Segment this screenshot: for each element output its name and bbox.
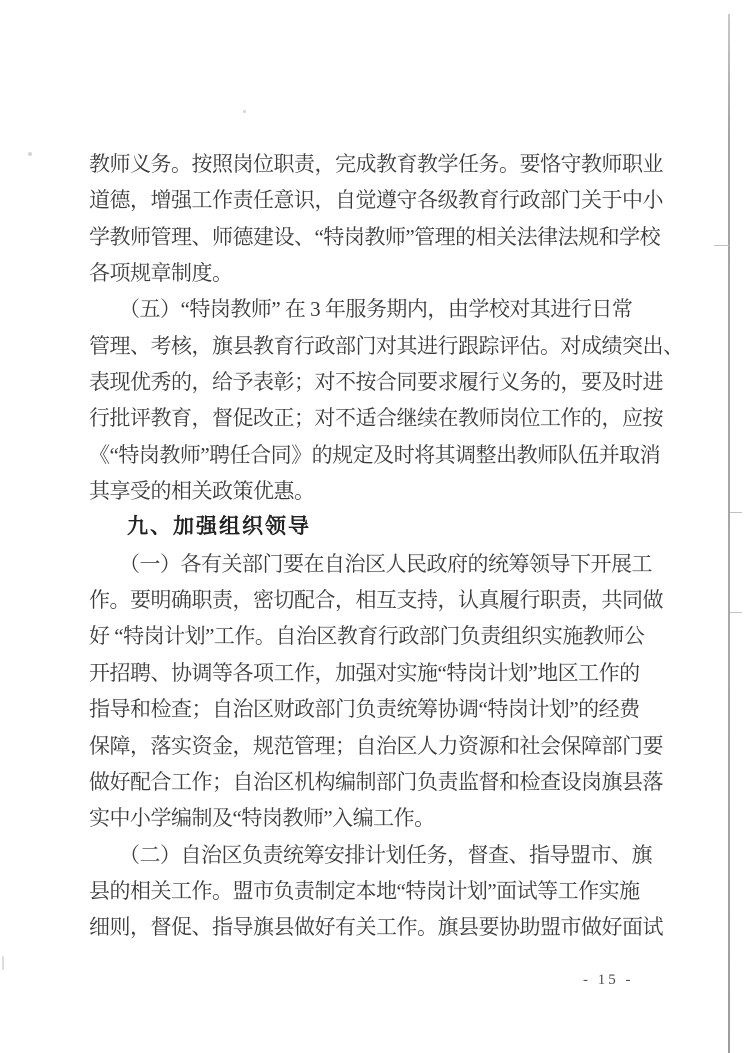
body-line: 指导和检查；自治区财政部门负责统筹协调“特岗计划”的经费 bbox=[89, 691, 669, 727]
body-line: 细则，督促、指导旗县做好有关工作。旗县要协助盟市做好面试 bbox=[89, 909, 669, 945]
page-number: - 15 - bbox=[583, 972, 634, 989]
body-line: 好 “特岗计划”工作。自治区教育行政部门负责组织实施教师公 bbox=[89, 618, 669, 654]
body-line: 《“特岗教师”聘任合同》的规定及时将其调整出教师队伍并取消 bbox=[89, 437, 669, 473]
body-line: 道德，增强工作责任意识，自觉遵守各级教育行政部门关于中小 bbox=[89, 182, 669, 218]
body-line: 保障，落实资金，规范管理；自治区人力资源和社会保障部门要 bbox=[89, 728, 669, 764]
scan-edge-tick bbox=[730, 612, 742, 613]
document-body: 教师义务。按照岗位职责，完成教育教学任务。要恪守教师职业 道德，增强工作责任意识… bbox=[89, 146, 669, 946]
body-line: 行批评教育，督促改正；对不适合继续在教师岗位工作的，应按 bbox=[89, 400, 669, 436]
scan-noise-speck bbox=[28, 152, 32, 156]
body-line: 各项规章制度。 bbox=[89, 255, 669, 291]
body-line: 做好配合工作；自治区机构编制部门负责监督和检查设岗旗县落 bbox=[89, 764, 669, 800]
scan-edge-line bbox=[728, 14, 730, 1053]
body-line: 表现优秀的，给予表彰；对不按合同要求履行义务的，要及时进 bbox=[89, 364, 669, 400]
body-line: （一）各有关部门要在自治区人民政府的统筹领导下开展工 bbox=[89, 546, 669, 582]
body-line: （二）自治区负责统筹安排计划任务，督查、指导盟市、旗 bbox=[89, 837, 669, 873]
body-line: 学教师管理、师德建设、“特岗教师”管理的相关法律法规和学校 bbox=[89, 219, 669, 255]
body-line: 其享受的相关政策优惠。 bbox=[89, 473, 669, 509]
body-line: 教师义务。按照岗位职责，完成教育教学任务。要恪守教师职业 bbox=[89, 146, 669, 182]
body-line: 开招聘、协调等各项工作，加强对实施“特岗计划”地区工作的 bbox=[89, 655, 669, 691]
scan-noise-speck bbox=[2, 956, 4, 970]
scan-noise-speck bbox=[243, 110, 246, 113]
scan-edge-tick bbox=[730, 512, 742, 513]
body-line: 作。要明确职责，密切配合，相互支持，认真履行职责，共同做 bbox=[89, 582, 669, 618]
body-line: 管理、考核，旗县教育行政部门对其进行跟踪评估。对成绩突出、 bbox=[89, 328, 669, 364]
scanned-document-page: 教师义务。按照岗位职责，完成教育教学任务。要恪守教师职业 道德，增强工作责任意识… bbox=[0, 0, 744, 1053]
body-line: （五）“特岗教师” 在 3 年服务期内，由学校对其进行日常 bbox=[89, 291, 669, 327]
scan-edge-tick bbox=[714, 245, 729, 246]
body-line: 县的相关工作。盟市负责制定本地“特岗计划”面试等工作实施 bbox=[89, 873, 669, 909]
body-line: 实中小学编制及“特岗教师”入编工作。 bbox=[89, 800, 669, 836]
section-heading: 九、加强组织领导 bbox=[89, 509, 669, 545]
